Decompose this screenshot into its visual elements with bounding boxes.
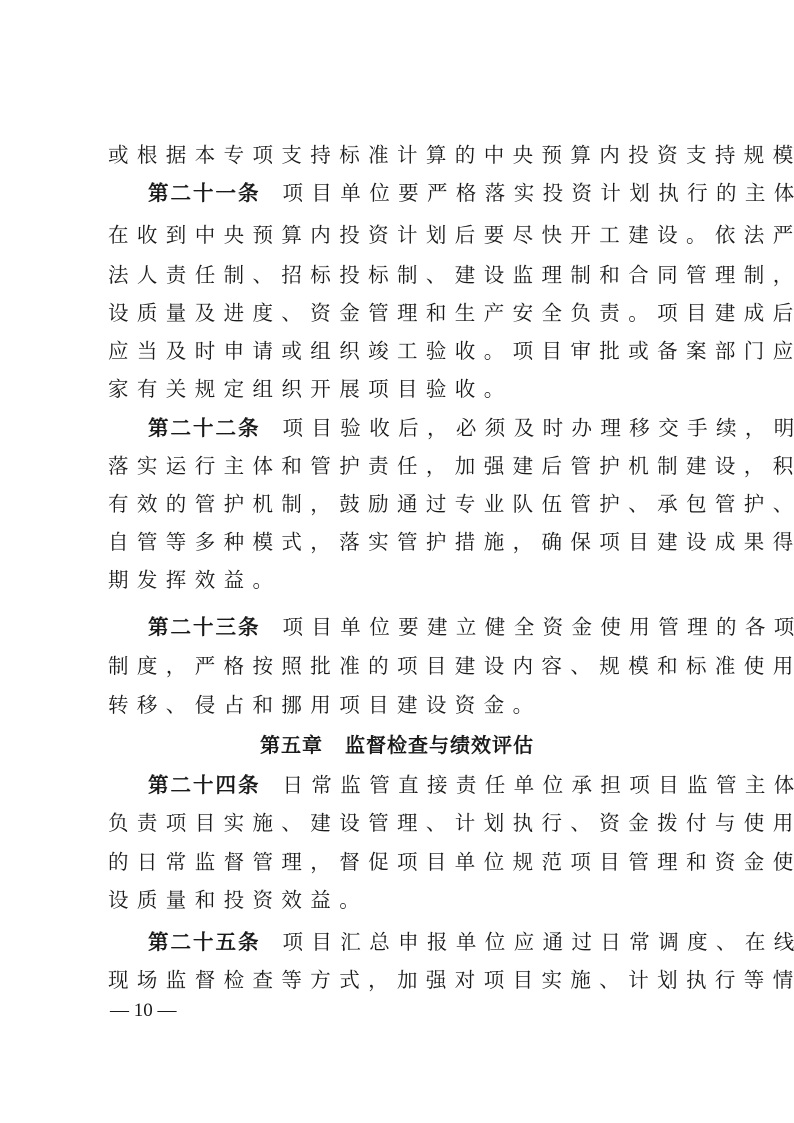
article-number: 第二十三条 (148, 615, 261, 639)
paragraph-line: 有效的管护机制，鼓励通过专业队伍管护、承包管护、林农（牧民） (108, 489, 693, 519)
article-number: 第二十四条 (148, 773, 261, 797)
line-text: 在收到中央预算内投资计划后要尽快开工建设。依法严格执行项目 (108, 223, 794, 247)
line-text: 日常监管直接责任单位承担项目监管主体责任， (283, 773, 794, 797)
article-21-heading-line: 第二十一条项目单位要严格落实投资计划执行的主体责任， (148, 178, 693, 208)
line-text: 落实运行主体和管护责任，加强建后管护机制建设，积极探索灵活、 (108, 454, 794, 478)
paragraph-line: 制度，严格按照批准的项目建设内容、规模和标准使用资金，严禁 (108, 651, 693, 681)
paragraph-line: 法人责任制、招标投标制、建设监理制和合同管理制，对项目的建 (108, 260, 693, 290)
chapter-number: 第五章 (260, 733, 323, 757)
line-text: 有效的管护机制，鼓励通过专业队伍管护、承包管护、林农（牧民） (108, 492, 794, 516)
line-text: 制度，严格按照批准的项目建设内容、规模和标准使用资金，严禁 (108, 654, 794, 678)
paragraph-line: 落实运行主体和管护责任，加强建后管护机制建设，积极探索灵活、 (108, 451, 693, 481)
line-text: 自管等多种模式，落实管护措施，确保项目建设成果得到巩固，长 (108, 530, 794, 554)
chapter-title: 监督检查与绩效评估 (345, 733, 534, 757)
line-text: 应当及时申请或组织竣工验收。项目审批或备案部门应严格按照国 (108, 339, 794, 363)
line-text: 期发挥效益。 (108, 568, 281, 592)
paragraph-line: 现场监督检查等方式，加强对项目实施、计划执行等情况的监管， (108, 965, 693, 995)
page-number: — 10 — (110, 998, 177, 1024)
paragraph-line: 或根据本专项支持标准计算的中央预算内投资支持规模。 (108, 140, 693, 170)
paragraph-line: 设质量和投资效益。 (108, 885, 693, 915)
article-number: 第二十一条 (148, 181, 261, 205)
article-number: 第二十二条 (148, 416, 261, 440)
line-text: 负责项目实施、建设管理、计划执行、资金拨付与使用等重点环节 (108, 811, 794, 835)
paragraph-line: 负责项目实施、建设管理、计划执行、资金拨付与使用等重点环节 (108, 808, 693, 838)
line-text: 项目单位要建立健全资金使用管理的各项规章 (283, 615, 794, 639)
paragraph-line: 设质量及进度、资金管理和生产安全负责。项目建成后，项目单位 (108, 298, 693, 328)
paragraph-line: 的日常监督管理，督促项目单位规范项目管理和资金使用，确保建 (108, 847, 693, 877)
paragraph-line: 转移、侵占和挪用项目建设资金。 (108, 690, 693, 720)
paragraph-line: 在收到中央预算内投资计划后要尽快开工建设。依法严格执行项目 (108, 220, 693, 250)
line-text: 设质量和投资效益。 (108, 888, 368, 912)
line-text: 家有关规定组织开展项目验收。 (108, 377, 513, 401)
line-text: 法人责任制、招标投标制、建设监理制和合同管理制，对项目的建 (108, 263, 794, 287)
line-text: 现场监督检查等方式，加强对项目实施、计划执行等情况的监管， (108, 968, 794, 992)
chapter-heading: 第五章监督检查与绩效评估 (0, 730, 794, 760)
line-text: 转移、侵占和挪用项目建设资金。 (108, 693, 542, 717)
line-text: 项目单位要严格落实投资计划执行的主体责任， (283, 181, 794, 205)
line-text: 或根据本专项支持标准计算的中央预算内投资支持规模。 (108, 143, 794, 167)
paragraph-line: 应当及时申请或组织竣工验收。项目审批或备案部门应严格按照国 (108, 336, 693, 366)
paragraph-line: 家有关规定组织开展项目验收。 (108, 374, 693, 404)
line-text: 项目验收后，必须及时办理移交手续，明确产权， (283, 416, 794, 440)
paragraph-line: 自管等多种模式，落实管护措施，确保项目建设成果得到巩固，长 (108, 527, 693, 557)
article-23-heading-line: 第二十三条项目单位要建立健全资金使用管理的各项规章 (148, 612, 693, 642)
article-24-heading-line: 第二十四条日常监管直接责任单位承担项目监管主体责任， (148, 770, 693, 800)
line-text: 的日常监督管理，督促项目单位规范项目管理和资金使用，确保建 (108, 850, 794, 874)
article-number: 第二十五条 (148, 930, 261, 954)
paragraph-line: 期发挥效益。 (108, 565, 693, 595)
article-22-heading-line: 第二十二条项目验收后，必须及时办理移交手续，明确产权， (148, 413, 693, 443)
article-25-heading-line: 第二十五条项目汇总申报单位应通过日常调度、在线监测、 (148, 927, 693, 957)
line-text: 项目汇总申报单位应通过日常调度、在线监测、 (283, 930, 794, 954)
line-text: 设质量及进度、资金管理和生产安全负责。项目建成后，项目单位 (108, 301, 794, 325)
